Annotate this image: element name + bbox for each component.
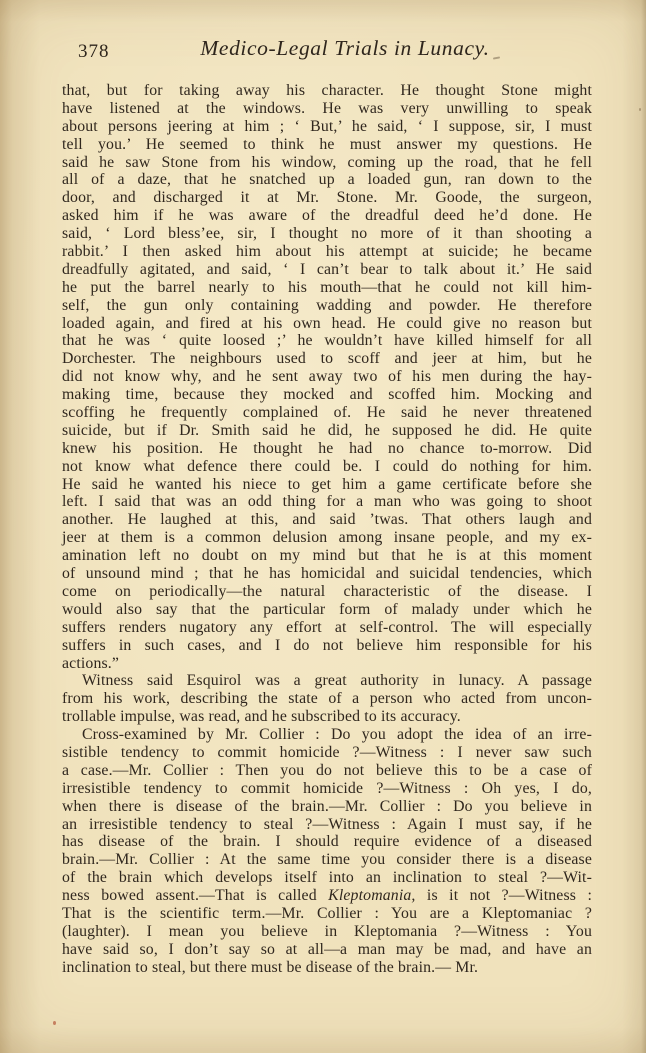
text-line: self, the gun only containing wadding an… xyxy=(62,297,592,315)
text-line: when there is disease of the brain.—Mr. … xyxy=(62,798,592,816)
paper-speck-red xyxy=(53,1021,56,1025)
running-title: Medico-Legal Trials in Lunacy. xyxy=(44,36,646,61)
text-line: jeer at them is a common delusion among … xyxy=(62,529,592,547)
text-line: scoffing he frequently complained of. He… xyxy=(62,404,592,422)
text-line: he put the barrel nearly to his mouth—th… xyxy=(62,279,592,297)
text-line: come on periodically—the natural charact… xyxy=(62,583,592,601)
text-line: that he was ‘ quite loosed ;’ he wouldn’… xyxy=(62,332,592,350)
text-line: Dorchester. The neighbours used to scoff… xyxy=(62,350,592,368)
text-line: Cross-examined by Mr. Collier : Do you a… xyxy=(62,726,592,744)
text-line: said, ‘ Lord bless’ee, sir, I thought no… xyxy=(62,225,592,243)
text-line: an irresistible tendency to steal ?—Witn… xyxy=(62,816,592,834)
text-line: That is the scientific term.—Mr. Collier… xyxy=(62,905,592,923)
text-line: has disease of the brain. I should requi… xyxy=(62,833,592,851)
text-line: did not know why, and he sent away two o… xyxy=(62,368,592,386)
text-line: (laughter). I mean you believe in Klepto… xyxy=(62,923,592,941)
text-line: tell you.’ He seemed to think he must an… xyxy=(62,136,592,154)
text-line: suffers renders nugatory any effort at s… xyxy=(62,619,592,637)
text-line: said he saw Stone from his window, comin… xyxy=(62,154,592,172)
text-line: trollable impulse, was read, and he subs… xyxy=(62,708,592,726)
text-line: Witness said Esquirol was a great author… xyxy=(62,672,592,690)
text-line: left. I said that was an odd thing for a… xyxy=(62,493,592,511)
text-line: irresistible tendency to commit homicide… xyxy=(62,780,592,798)
paragraph: Witness said Esquirol was a great author… xyxy=(62,672,592,726)
text-line: inclination to steal, but there must be … xyxy=(62,959,592,977)
text-line: sistible tendency to commit homicide ?—W… xyxy=(62,744,592,762)
text-line: from his work, describing the state of a… xyxy=(62,690,592,708)
text-line: asked him if he was aware of the dreadfu… xyxy=(62,207,592,225)
text-line: ness bowed assent.—That is called Klepto… xyxy=(62,887,592,905)
text-line: would also say that the particular form … xyxy=(62,601,592,619)
paper-speck xyxy=(639,108,641,111)
text-line: dreadfully agitated, and said, ‘ I can’t… xyxy=(62,261,592,279)
page-body-text: that, but for taking away his character.… xyxy=(62,82,592,977)
text-line: brain.—Mr. Collier : At the same time yo… xyxy=(62,851,592,869)
text-line: door, and discharged it at Mr. Stone. Mr… xyxy=(62,189,592,207)
text-line: of the brain which develops itself into … xyxy=(62,869,592,887)
text-line: actions.” xyxy=(62,655,592,673)
text-line: have listened at the windows. He was ver… xyxy=(62,100,592,118)
text-line: amination left no doubt on my mind but t… xyxy=(62,547,592,565)
text-line: all of a daze, that he snatched up a loa… xyxy=(62,171,592,189)
paragraph: Cross-examined by Mr. Collier : Do you a… xyxy=(62,726,592,976)
text-line: about persons jeering at him ; ‘ But,’ h… xyxy=(62,118,592,136)
text-line: have said so, I don’t say so at all—a ma… xyxy=(62,941,592,959)
book-page: 378 Medico-Legal Trials in Lunacy. that,… xyxy=(0,0,646,1053)
text-line: not know what defence there could be. I … xyxy=(62,458,592,476)
text-line: suicide, but if Dr. Smith said he did, h… xyxy=(62,422,592,440)
text-line: of unsound mind ; that he has homicidal … xyxy=(62,565,592,583)
paragraph: that, but for taking away his character.… xyxy=(62,82,592,672)
text-line: suffers in such cases, and I do not beli… xyxy=(62,637,592,655)
text-line: making time, because they mocked and sco… xyxy=(62,386,592,404)
text-line: that, but for taking away his character.… xyxy=(62,82,592,100)
text-line: another. He laughed at this, and said ’t… xyxy=(62,511,592,529)
running-head: 378 Medico-Legal Trials in Lunacy. xyxy=(0,36,646,68)
text-line: knew his position. He thought he had no … xyxy=(62,440,592,458)
text-line: loaded again, and fired at his own head.… xyxy=(62,315,592,333)
text-line: a case.—Mr. Collier : Then you do not be… xyxy=(62,762,592,780)
text-line: He said he wanted his niece to get him a… xyxy=(62,476,592,494)
text-line: rabbit.’ I then asked him about his atte… xyxy=(62,243,592,261)
